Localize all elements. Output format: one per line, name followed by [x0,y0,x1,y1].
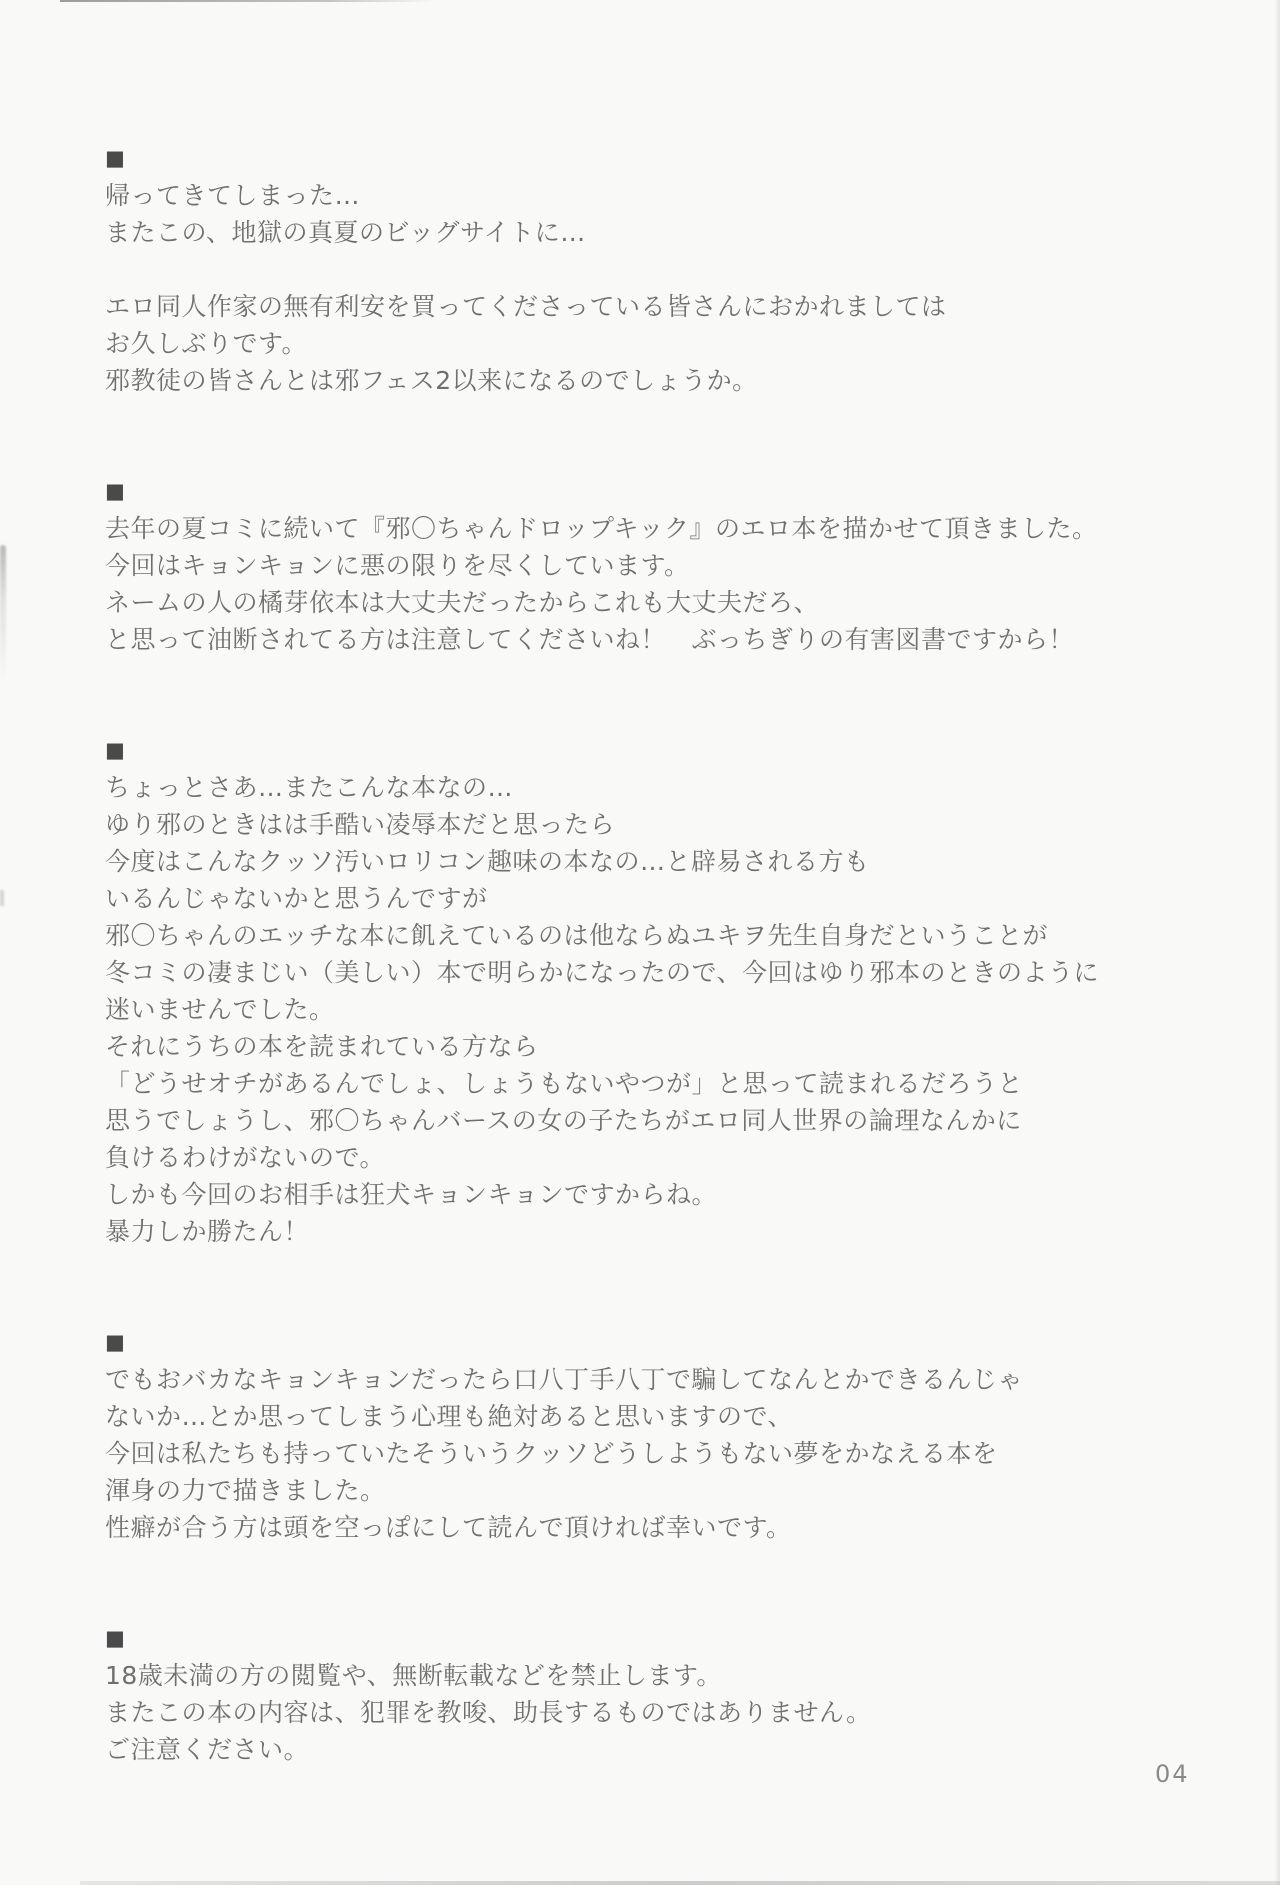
text-line: 邪教徒の皆さんとは邪フェス2以来になるのでしょうか。 [105,362,1185,399]
scanned-afterword-page: ■帰ってきてしまった…またこの、地獄の真夏のビッグサイトに…エロ同人作家の無有利… [0,0,1280,1885]
text-line: お久しぶりです。 [105,325,1185,362]
text-line: エロ同人作家の無有利安を買ってくださっている皆さんにおかれましては [105,288,1185,325]
text-line: またこの、地獄の真夏のビッグサイトに… [105,214,1185,251]
afterword-section-4: ■でもおバカなキョンキョンだったら口八丁手八丁で騙してなんとかできるんじゃないか… [105,1324,1185,1546]
section-bullet-icon: ■ [105,1620,1185,1657]
afterword-text-body: ■帰ってきてしまった…またこの、地獄の真夏のビッグサイトに…エロ同人作家の無有利… [105,140,1185,1842]
text-line: ゆり邪のときはは手酷い凌辱本だと思ったら [105,806,1185,843]
afterword-section-5: ■18歳未満の方の閲覧や、無断転載などを禁止します。またこの本の内容は、犯罪を教… [105,1620,1185,1768]
text-line: しかも今回のお相手は狂犬キョンキョンですからね。 [105,1176,1185,1213]
page-number: 04 [1155,1760,1190,1788]
text-line: ないか…とか思ってしまう心理も絶対あると思いますので、 [105,1398,1185,1435]
scan-artifact-right-edge [1274,0,1280,1885]
text-line: ネームの人の橘芽依本は大丈夫だったからこれも大丈夫だろ、 [105,584,1185,621]
text-line: 「どうせオチがあるんでしょ、しょうもないやつが」と思って読まれるだろうと [105,1065,1185,1102]
text-line: 思うでしょうし、邪〇ちゃんバースの女の子たちがエロ同人世界の論理なんかに [105,1102,1185,1139]
scan-artifact-top-edge [60,0,435,2]
text-line: それにうちの本を読まれている方なら [105,1028,1185,1065]
text-line: 今回はキョンキョンに悪の限りを尽くしています。 [105,547,1185,584]
scan-artifact-bottom-edge [80,1881,1280,1885]
text-line: いるんじゃないかと思うんですが [105,880,1185,917]
text-line: ご注意ください。 [105,1731,1185,1768]
text-line: 今度はこんなクッソ汚いロリコン趣味の本なの…と辟易される方も [105,843,1185,880]
section-bullet-icon: ■ [105,473,1185,510]
text-line: 暴力しか勝たん！ [105,1213,1185,1250]
text-line: 今回は私たちも持っていたそういうクッソどうしようもない夢をかなえる本を [105,1435,1185,1472]
scan-artifact-left-dot [0,890,4,906]
text-line: 冬コミの凄まじい（美しい）本で明らかになったので、今回はゆり邪本のときのように [105,954,1185,991]
scan-artifact-left-smudge [0,545,6,680]
section-bullet-icon: ■ [105,732,1185,769]
text-line: ちょっとさあ…またこんな本なの… [105,769,1185,806]
text-line: 性癖が合う方は頭を空っぽにして読んで頂ければ幸いです。 [105,1509,1185,1546]
section-bullet-icon: ■ [105,140,1185,177]
text-line: 帰ってきてしまった… [105,177,1185,214]
text-line: 負けるわけがないので。 [105,1139,1185,1176]
text-line: 18歳未満の方の閲覧や、無断転載などを禁止します。 [105,1657,1185,1694]
text-line: 迷いませんでした。 [105,991,1185,1028]
afterword-section-2: ■去年の夏コミに続いて『邪〇ちゃんドロップキック』のエロ本を描かせて頂きました。… [105,473,1185,658]
afterword-section-1: ■帰ってきてしまった…またこの、地獄の真夏のビッグサイトに…エロ同人作家の無有利… [105,140,1185,399]
text-line: 邪〇ちゃんのエッチな本に飢えているのは他ならぬユキヲ先生自身だということが [105,917,1185,954]
text-line: 渾身の力で描きました。 [105,1472,1185,1509]
section-bullet-icon: ■ [105,1324,1185,1361]
blank-line [105,251,1185,288]
text-line: またこの本の内容は、犯罪を教唆、助長するものではありません。 [105,1694,1185,1731]
text-line: と思って油断されてる方は注意してくださいね！ ぶっちぎりの有害図書ですから！ [105,621,1185,658]
text-line: 去年の夏コミに続いて『邪〇ちゃんドロップキック』のエロ本を描かせて頂きました。 [105,510,1185,547]
text-line: でもおバカなキョンキョンだったら口八丁手八丁で騙してなんとかできるんじゃ [105,1361,1185,1398]
afterword-section-3: ■ちょっとさあ…またこんな本なの…ゆり邪のときはは手酷い凌辱本だと思ったら今度は… [105,732,1185,1250]
